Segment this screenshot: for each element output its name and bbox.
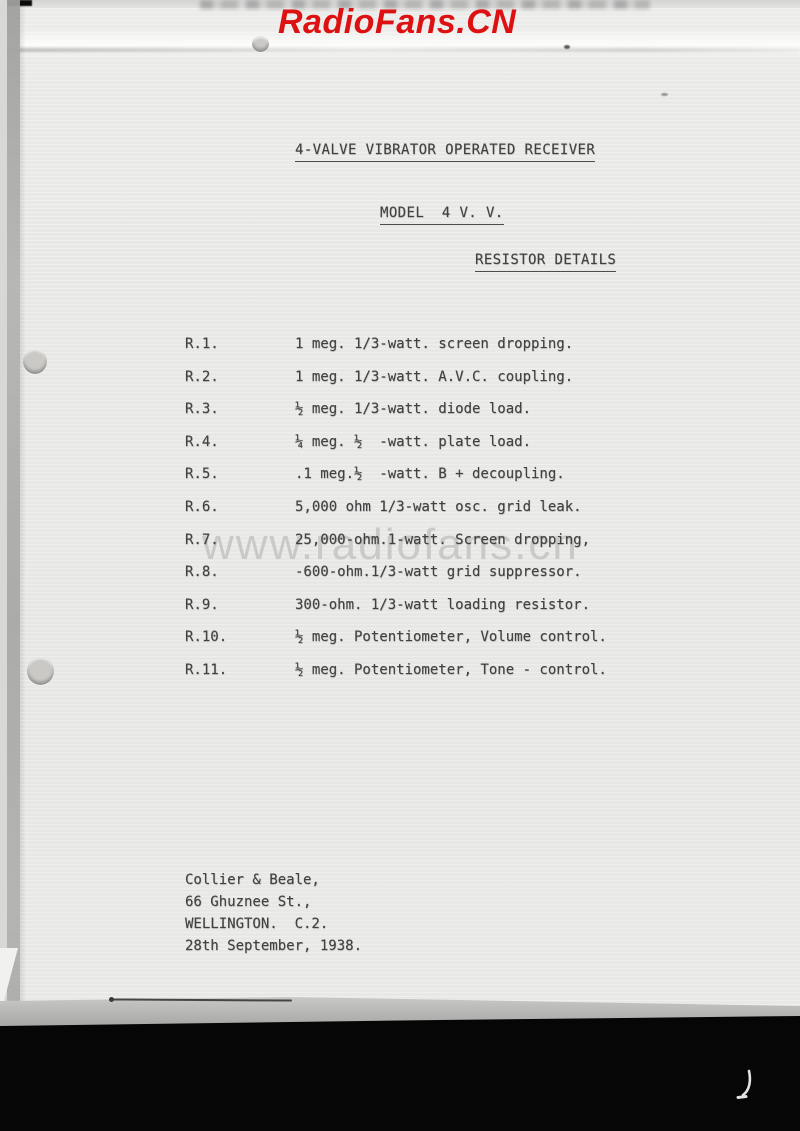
resistor-description: 1 meg. 1/3-watt. A.V.C. coupling. [295, 369, 573, 385]
section-heading: RESISTOR DETAILS [475, 252, 616, 272]
scanned-page: www.radiofans.cn 4-VALVE VIBRATOR OPERAT… [0, 0, 800, 1131]
resistor-row: R.6.5,000 ohm 1/3-watt osc. grid leak. [185, 499, 655, 532]
punch-hole-middle [23, 349, 47, 374]
resistor-ref: R.11. [185, 662, 295, 678]
resistor-ref: R.6. [185, 499, 295, 515]
punch-hole-bottom [27, 657, 54, 685]
paper-bottom-crease-blob [109, 997, 114, 1002]
resistor-description: 300-ohm. 1/3-watt loading resistor. [295, 597, 590, 613]
resistor-description: ½ meg. 1/3-watt. diode load. [295, 401, 531, 417]
footer-line: 28th September, 1938. [185, 935, 362, 957]
punch-hole-top [252, 36, 269, 52]
page-title: 4-VALVE VIBRATOR OPERATED RECEIVER [295, 142, 595, 162]
resistor-description: -600-ohm.1/3-watt grid suppressor. [295, 564, 582, 580]
footer-line: WELLINGTON. C.2. [185, 913, 362, 935]
resistor-row: R.7.25,000-ohm.1-watt. Screen dropping, [185, 532, 655, 565]
resistor-description: ¼ meg. ½ -watt. plate load. [295, 434, 531, 450]
model-line: MODEL 4 V. V. [380, 205, 504, 225]
footer-address-block: Collier & Beale,66 Ghuznee St.,WELLINGTO… [185, 869, 362, 957]
scan-speck [564, 45, 570, 49]
pen-hook-mark [734, 1069, 758, 1103]
resistor-ref: R.7. [185, 532, 295, 548]
paper-edge-shadow [0, 48, 800, 52]
resistor-ref: R.3. [185, 401, 295, 417]
resistor-description: 1 meg. 1/3-watt. screen dropping. [295, 336, 573, 352]
resistor-ref: R.10. [185, 629, 295, 645]
resistor-row: R.4.¼ meg. ½ -watt. plate load. [185, 434, 655, 467]
resistor-row: R.1.1 meg. 1/3-watt. screen dropping. [185, 336, 655, 369]
resistor-row: R.9.300-ohm. 1/3-watt loading resistor. [185, 597, 655, 630]
resistor-ref: R.1. [185, 336, 295, 352]
resistor-description: ½ meg. Potentiometer, Tone - control. [295, 662, 607, 678]
footer-line: 66 Ghuznee St., [185, 891, 362, 913]
resistor-description: .1 meg.½ -watt. B + decoupling. [295, 466, 565, 482]
footer-line: Collier & Beale, [185, 869, 362, 891]
resistor-row: R.11.½ meg. Potentiometer, Tone - contro… [185, 662, 655, 695]
resistor-description: 5,000 ohm 1/3-watt osc. grid leak. [295, 499, 582, 515]
resistor-row: R.5..1 meg.½ -watt. B + decoupling. [185, 466, 655, 499]
resistor-ref: R.5. [185, 466, 295, 482]
resistor-ref: R.4. [185, 434, 295, 450]
site-watermark-top: RadioFans.CN [278, 3, 516, 42]
resistor-row: R.2.1 meg. 1/3-watt. A.V.C. coupling. [185, 369, 655, 402]
resistor-ref: R.8. [185, 564, 295, 580]
resistor-ref: R.9. [185, 597, 295, 613]
resistor-ref: R.2. [185, 369, 295, 385]
resistor-description: 25,000-ohm.1-watt. Screen dropping, [295, 532, 590, 548]
resistor-row: R.3.½ meg. 1/3-watt. diode load. [185, 401, 655, 434]
scanner-background [0, 1014, 800, 1131]
scan-speck [661, 93, 668, 96]
resistor-row: R.8.-600-ohm.1/3-watt grid suppressor. [185, 564, 655, 597]
resistor-list: R.1.1 meg. 1/3-watt. screen dropping.R.2… [185, 336, 655, 695]
resistor-description: ½ meg. Potentiometer, Volume control. [295, 629, 607, 645]
resistor-row: R.10.½ meg. Potentiometer, Volume contro… [185, 629, 655, 662]
